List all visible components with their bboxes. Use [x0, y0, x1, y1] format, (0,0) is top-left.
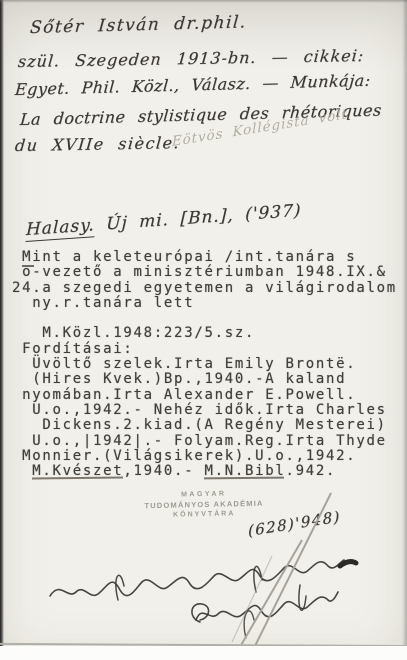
entry-underlined-word: Halasy.	[26, 215, 96, 242]
scribble-flourish	[192, 604, 209, 622]
scan-edge-right	[402, 0, 407, 660]
typed-line: Fordításai:	[12, 342, 397, 357]
typed-line: U.o.,1942.- Nehéz idők.Irta Charles	[12, 403, 397, 418]
handwritten-journals-line: Egyet. Phil. Közl., Válasz. — Munkája:	[14, 71, 371, 99]
typed-line: M.Közl.1948:223/5.sz.	[12, 326, 397, 341]
underline-mint-m	[22, 265, 34, 267]
scribble-ascender-1	[116, 575, 124, 600]
scribble-bold-mark	[340, 562, 356, 566]
scribble-ascender-2	[254, 566, 262, 592]
scan-bottom-margin	[0, 646, 407, 660]
typed-line: U.o.,|1942|.- Folyam.Reg.Irta Thyde	[12, 434, 397, 449]
pencil-strike-line-3	[232, 556, 272, 642]
pencil-strike-line-2	[240, 540, 302, 647]
scan-edge-top	[0, 0, 407, 3]
typed-line: Mint a keleteurópai /int.tanára s	[12, 250, 397, 265]
entry-rest: Új mi. [Bn.], ('937)	[94, 201, 301, 236]
scribble-descender-1	[299, 585, 306, 610]
typed-line: Monnier.(Világsikerek).U.o.,1942.	[12, 449, 397, 464]
scanned-catalog-card: Sőtér István dr.phil. szül. Szegeden 191…	[0, 0, 407, 660]
typed-line: 24.a szegedi egyetemen a világirodalom	[12, 281, 397, 296]
typed-line: nyomában.Irta Alexander E.Powell.	[12, 388, 397, 403]
handwritten-entry-line: Halasy. Új mi. [Bn.], ('937)	[26, 201, 302, 240]
scribble-line-2	[196, 592, 338, 620]
handwritten-work-title-line2: du XVIIe siècle.	[14, 133, 181, 155]
typewritten-block: Mint a keleteurópai /int.tanára s o-veze…	[12, 250, 397, 479]
scan-edge-left	[0, 0, 4, 660]
typed-line: o-vezető a minisztériumban 1948.IX.&	[12, 265, 397, 280]
typed-line: Dickens.2.kiad.(A Regény Mesterei)	[12, 418, 397, 433]
library-stamp: MAGYAR TUDOMÁNYOS AKADÉMIA KÖNYVTÁRA	[118, 489, 291, 520]
scribble-line-1	[50, 560, 344, 596]
scribble-descender-2	[244, 611, 254, 638]
typed-line: ny.r.tanára lett	[12, 296, 397, 311]
typed-line: (Hires Kvek.)Bp.,1940.-A kaland	[12, 372, 397, 387]
